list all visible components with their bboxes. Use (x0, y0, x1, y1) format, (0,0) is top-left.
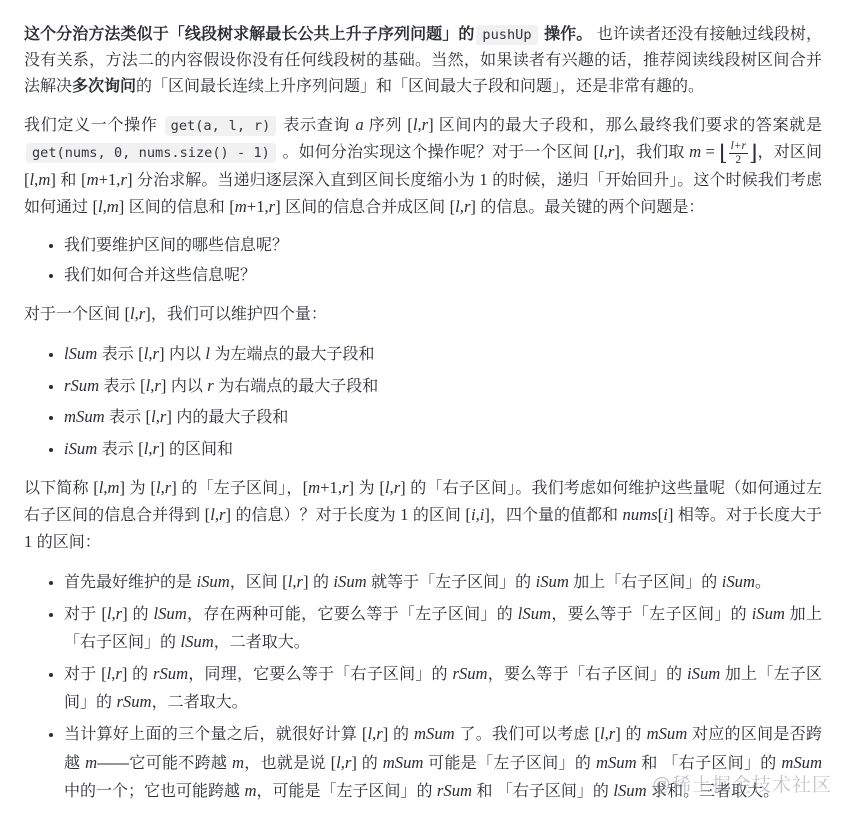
list-item: 对于 [l,r] 的 rSum，同理，它要么等于「右子区间」的 rSum，要么等… (64, 660, 822, 717)
paragraph: 这个分治方法类似于「线段树求解最长公共上升子序列问题」的pushUp 操作。 也… (24, 22, 822, 100)
list-item: lSum 表示 [l,r] 内以 l 为左端点的最大子段和 (64, 340, 822, 369)
text-run: 的区间 (408, 507, 465, 524)
math-variable: m (107, 197, 119, 216)
text-run: ，二者取大。 (152, 694, 248, 711)
math-expression: 1 (479, 170, 487, 189)
text-run: 内以 (166, 378, 207, 395)
math-operator: +1, (320, 478, 342, 497)
text-run: 我们要维护区间的哪些信息呢？ (64, 237, 288, 254)
math-variable: iSum (722, 572, 755, 591)
math-variable: lSum (613, 781, 646, 800)
inline-code: get(nums, 0, nums.size() - 1) (26, 143, 276, 163)
text-run: ，区间 (230, 574, 282, 591)
math-variable: rSum (437, 781, 472, 800)
text-run: 序列 (364, 117, 408, 134)
math-variable: m (38, 170, 50, 189)
list-item: iSum 表示 [l,r] 的区间和 (64, 435, 822, 464)
text-run: 表示 (97, 346, 138, 363)
text-run: 内以 (165, 346, 206, 363)
text-run: 可能是「左子区间」的 (423, 755, 596, 772)
math-variable: mSum (647, 724, 688, 743)
text-run: 我们定义一个操作 (24, 117, 163, 134)
text-run: 内的最大子段和 (172, 409, 288, 426)
math-expression: [m+1,r] (229, 197, 280, 216)
math-expression: [l,r] (138, 344, 164, 363)
math-expression: rSum (64, 376, 99, 395)
bold-text: 这个分治方法类似于「线段树求解最长公共上升子序列问题」的 (24, 26, 474, 43)
math-expression: [m+1,r] (303, 478, 354, 497)
math-operator: 1 (479, 170, 487, 189)
text-run: 为左端点的最大子段和 (210, 346, 374, 363)
text-run: 加上「右子区间」的 (569, 574, 722, 591)
math-expression: [l,r] (140, 376, 166, 395)
text-run: 分治求解。当递归逐层深入直到区间长度缩小为 (133, 172, 480, 189)
math-expression: lSum (613, 781, 646, 800)
text-run: 表示查询 (278, 117, 355, 134)
list-item: rSum 表示 [l,r] 内以 r 为右端点的最大子段和 (64, 372, 822, 401)
text-run: 表示 (99, 378, 140, 395)
math-expression: rSum (452, 664, 487, 683)
math-expression: mSum (596, 753, 637, 772)
text-run: 中的一个；它也可能跨越 (64, 783, 244, 800)
math-expression: a (355, 115, 363, 134)
bold-text: 操作。 (540, 26, 593, 43)
math-expression: mSum (64, 407, 105, 426)
text-run: 的 (621, 726, 647, 743)
math-variable: a (355, 115, 363, 134)
article-page: 这个分治方法类似于「线段树求解最长公共上升子序列问题」的pushUp 操作。 也… (0, 0, 845, 815)
math-expression: lSum (154, 604, 187, 623)
math-variable: m (235, 197, 247, 216)
math-expression: [l,r] (450, 197, 476, 216)
text-run: 对于 (64, 606, 101, 623)
text-run: 的 (388, 726, 414, 743)
math-expression: m (244, 781, 256, 800)
math-expression: [l,r] (594, 142, 620, 161)
text-run: 首先最好维护的是 (64, 574, 196, 591)
text-run: 和 「右子区间」的 (637, 755, 782, 772)
math-variable: m (244, 781, 256, 800)
text-run: 对于一个区间 (24, 306, 124, 323)
list-item: 当计算好上面的三个量之后，就很好计算 [l,r] 的 mSum 了。我们可以考虑… (64, 720, 822, 806)
math-expression: iSum (752, 604, 785, 623)
math-expression: lSum (180, 632, 213, 651)
math-expression: [l,r] (407, 115, 433, 134)
text-run: 区间内的最大子段和，那么最终我们要求的答案就是 (434, 117, 822, 134)
text-run: 的信息）？对于长度为 (231, 507, 400, 524)
math-variable: m (689, 142, 701, 161)
text-run: 对于 (64, 666, 101, 683)
math-variable: mSum (64, 407, 105, 426)
bullet-list: 我们要维护区间的哪些信息呢？我们如何合并这些信息呢？ (24, 233, 822, 289)
text-run: ，要么等于「右子区间」的 (488, 666, 687, 683)
math-expression: mSum (647, 724, 688, 743)
math-expression: [l,r] (379, 478, 405, 497)
math-variable: iSum (687, 664, 720, 683)
text-run: 和 (56, 172, 81, 189)
math-variable: iSum (196, 572, 229, 591)
math-variable: lSum (518, 604, 551, 623)
text-run: 的区间： (32, 534, 100, 551)
text-run: 我们如何合并这些信息呢？ (64, 267, 256, 284)
paragraph: 以下简称 [l,m] 为 [l,r] 的「左子区间」，[m+1,r] 为 [l,… (24, 475, 822, 556)
text-run: ，二者取大。 (214, 634, 310, 651)
math-expression: rSum (116, 692, 151, 711)
paragraph: 对于一个区间 [l,r]，我们可以维护四个量： (24, 301, 822, 328)
math-expression: [m+1,r] (81, 170, 132, 189)
math-expression: iSum (333, 572, 366, 591)
math-expression: lSum (518, 604, 551, 623)
text-run: 。 (755, 574, 771, 591)
math-expression: nums[i] (623, 505, 674, 524)
list-item: 首先最好维护的是 iSum，区间 [l,r] 的 iSum 就等于「左子区间」的… (64, 568, 822, 597)
math-expression: m (85, 753, 97, 772)
text-run: ，要么等于「左子区间」的 (551, 606, 752, 623)
math-operator: +1, (99, 170, 121, 189)
text-run: ，四个量的值都和 (490, 507, 623, 524)
list-item: 我们如何合并这些信息呢？ (64, 263, 822, 290)
math-expression: mSum (414, 724, 455, 743)
text-run: 的 (357, 755, 383, 772)
math-variable: m (108, 478, 120, 497)
text-run: ，也就是说 (244, 755, 331, 772)
math-expression: iSum (64, 439, 97, 458)
text-run: 为右端点的最大子段和 (214, 378, 378, 395)
text-run: ，同理，它要么等于「右子区间」的 (188, 666, 452, 683)
math-expression: [l,r] (124, 304, 150, 323)
text-run: 和 「右子区间」的 (472, 783, 613, 800)
fraction-denominator: 2 (729, 154, 748, 167)
math-expression: [l,r] (150, 478, 176, 497)
list-item: 我们要维护区间的哪些信息呢？ (64, 233, 822, 260)
text-run: 了。我们可以考虑 (455, 726, 595, 743)
text-run: 的「区间最长连续上升序列问题」和「区间最大子段和问题」，还是非常有趣的。 (136, 78, 704, 95)
math-variable: lSum (154, 604, 187, 623)
text-run: 的 (309, 574, 334, 591)
math-expression: m = ⌊ (689, 142, 727, 161)
math-variable: m (87, 170, 99, 189)
math-expression: lSum (64, 344, 97, 363)
math-expression: rSum (153, 664, 188, 683)
inline-code: get(a, l, r) (165, 116, 277, 136)
text-run: ，可能是「左子区间」的 (256, 783, 436, 800)
math-variable: lSum (180, 632, 213, 651)
math-variable: m (85, 753, 97, 772)
bullet-list: 首先最好维护的是 iSum，区间 [l,r] 的 iSum 就等于「左子区间」的… (24, 568, 822, 805)
paragraph: 我们定义一个操作 get(a, l, r) 表示查询 a 序列 [l,r] 区间… (24, 112, 822, 221)
math-expression: rSum (437, 781, 472, 800)
math-fraction: l+r2 (729, 140, 748, 167)
math-variable: mSum (414, 724, 455, 743)
math-expression: [l,r] (101, 664, 127, 683)
article-content: 这个分治方法类似于「线段树求解最长公共上升子序列问题」的pushUp 操作。 也… (24, 22, 822, 806)
list-item: mSum 表示 [l,r] 内的最大子段和 (64, 403, 822, 432)
text-run: ——它可能不跨越 (97, 755, 232, 772)
math-variable: iSum (536, 572, 569, 591)
math-expression: m (232, 753, 244, 772)
math-expression: mSum (781, 753, 822, 772)
text-run: ，存在两种可能，它要么等于「左子区间」的 (187, 606, 518, 623)
math-variable: nums (623, 505, 658, 524)
math-expression: [l,m] (92, 197, 124, 216)
text-run: 。如何分治实现这个操作呢？对于一个区间 (278, 144, 594, 161)
floor-bracket: ⌊ (719, 140, 727, 164)
math-expression: iSum (722, 572, 755, 591)
text-run: 区间的信息和 (124, 199, 229, 216)
math-variable: iSum (64, 439, 97, 458)
inline-code: pushUp (476, 25, 537, 45)
math-operator: +1, (247, 197, 269, 216)
text-run: 表示 (97, 441, 138, 458)
text-run: 以下简称 (24, 480, 93, 497)
math-expression: mSum (383, 753, 424, 772)
math-expression: iSum (687, 664, 720, 683)
math-variable: rSum (64, 376, 99, 395)
math-variable: m (308, 478, 320, 497)
math-variable: iSum (333, 572, 366, 591)
math-variable: rSum (116, 692, 151, 711)
list-item: 对于 [l,r] 的 lSum，存在两种可能，它要么等于「左子区间」的 lSum… (64, 600, 822, 657)
fraction-numerator: l+r (729, 140, 748, 154)
bold-text: 多次询问 (72, 78, 136, 95)
text-run: 为 (354, 480, 379, 497)
math-variable: rSum (452, 664, 487, 683)
math-expression: iSum (196, 572, 229, 591)
math-expression: [l,r] (146, 407, 172, 426)
text-run: ，我们取 (620, 144, 689, 161)
text-run: 表示 (105, 409, 146, 426)
math-expression: [l,r] (362, 724, 388, 743)
text-run: 区间的信息合并成区间 (281, 199, 450, 216)
math-variable: lSum (64, 344, 97, 363)
math-variable: m (232, 753, 244, 772)
text-run: 的区间和 (165, 441, 233, 458)
math-expression: [l,r] (138, 439, 164, 458)
math-variable: iSum (752, 604, 785, 623)
text-run: 的「左子区间」， (177, 480, 303, 497)
math-expression: [l,r] (205, 505, 231, 524)
text-run: 的信息。最关键的两个问题是： (476, 199, 704, 216)
math-expression: [l,r] (331, 753, 357, 772)
text-run: 的 (127, 666, 153, 683)
math-variable: mSum (596, 753, 637, 772)
bullet-list: lSum 表示 [l,r] 内以 l 为左端点的最大子段和rSum 表示 [l,… (24, 340, 822, 463)
text-run: ，我们可以维护四个量： (151, 306, 327, 323)
text-run: 的 (128, 606, 154, 623)
text-run: 就等于「左子区间」的 (367, 574, 536, 591)
math-variable: mSum (383, 753, 424, 772)
text-run: 为 (125, 480, 150, 497)
math-expression: [l,r] (282, 572, 308, 591)
math-operator: = (701, 142, 719, 161)
text-run: 相等。对于长度大于 (673, 507, 822, 524)
text-run: 当计算好上面的三个量之后，就很好计算 (64, 726, 362, 743)
math-expression: iSum (536, 572, 569, 591)
math-expression: [l,m] (93, 478, 125, 497)
math-expression: [l,r] (101, 604, 127, 623)
math-expression: [i,i] (465, 505, 490, 524)
math-expression: [l,m] (24, 170, 56, 189)
math-expression: [l,r] (594, 724, 620, 743)
math-variable: mSum (781, 753, 822, 772)
text-run: 求和。三者取大。 (647, 783, 779, 800)
math-variable: rSum (153, 664, 188, 683)
text-run: ，对区间 (757, 144, 822, 161)
